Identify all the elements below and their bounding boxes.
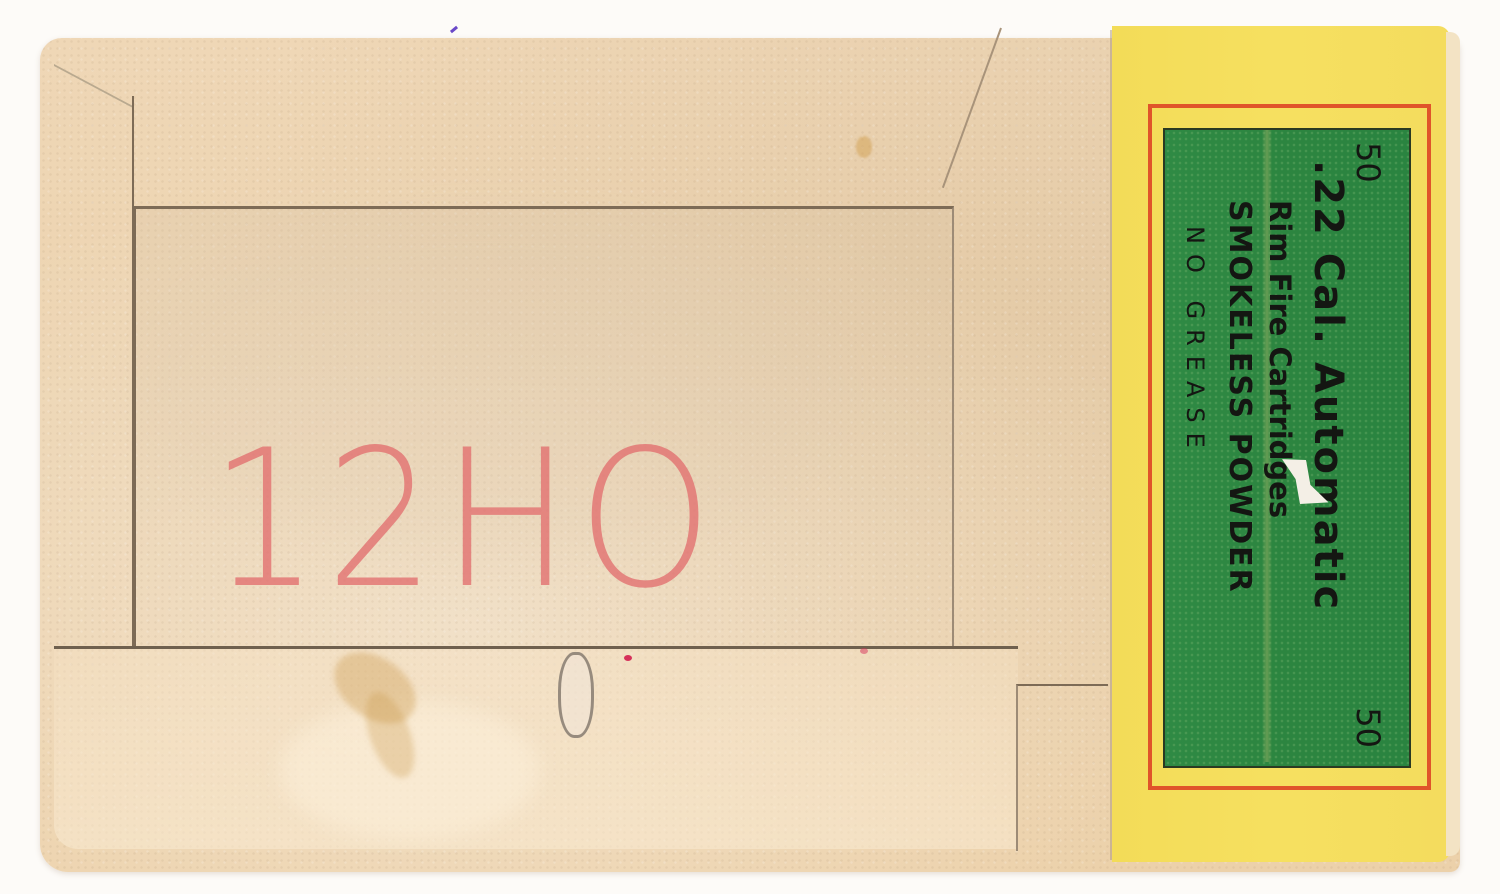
bottom-flap (54, 646, 1018, 849)
ink-speck (860, 648, 868, 654)
cartridge-count-bottom: 50 (1349, 707, 1387, 748)
handwritten-mark: 12HO (210, 420, 720, 620)
caliber-text: .22 Cal. Automatic (1305, 160, 1351, 611)
glue-stain (856, 136, 872, 158)
product-photo: 12HO 50 .22 Cal. Automatic Rim Fire Cart… (0, 0, 1500, 894)
ink-speck (450, 26, 458, 33)
grease-note-text: NO GREASE (1181, 226, 1209, 458)
label-text-block: 50 .22 Cal. Automatic Rim Fire Cartridge… (1165, 130, 1405, 762)
ink-speck (624, 655, 632, 661)
flap-crease (1016, 684, 1108, 851)
powder-text: SMOKELESS POWDER (1222, 200, 1257, 594)
cartridge-count-top: 50 (1349, 142, 1387, 183)
tear-mark (558, 652, 594, 738)
